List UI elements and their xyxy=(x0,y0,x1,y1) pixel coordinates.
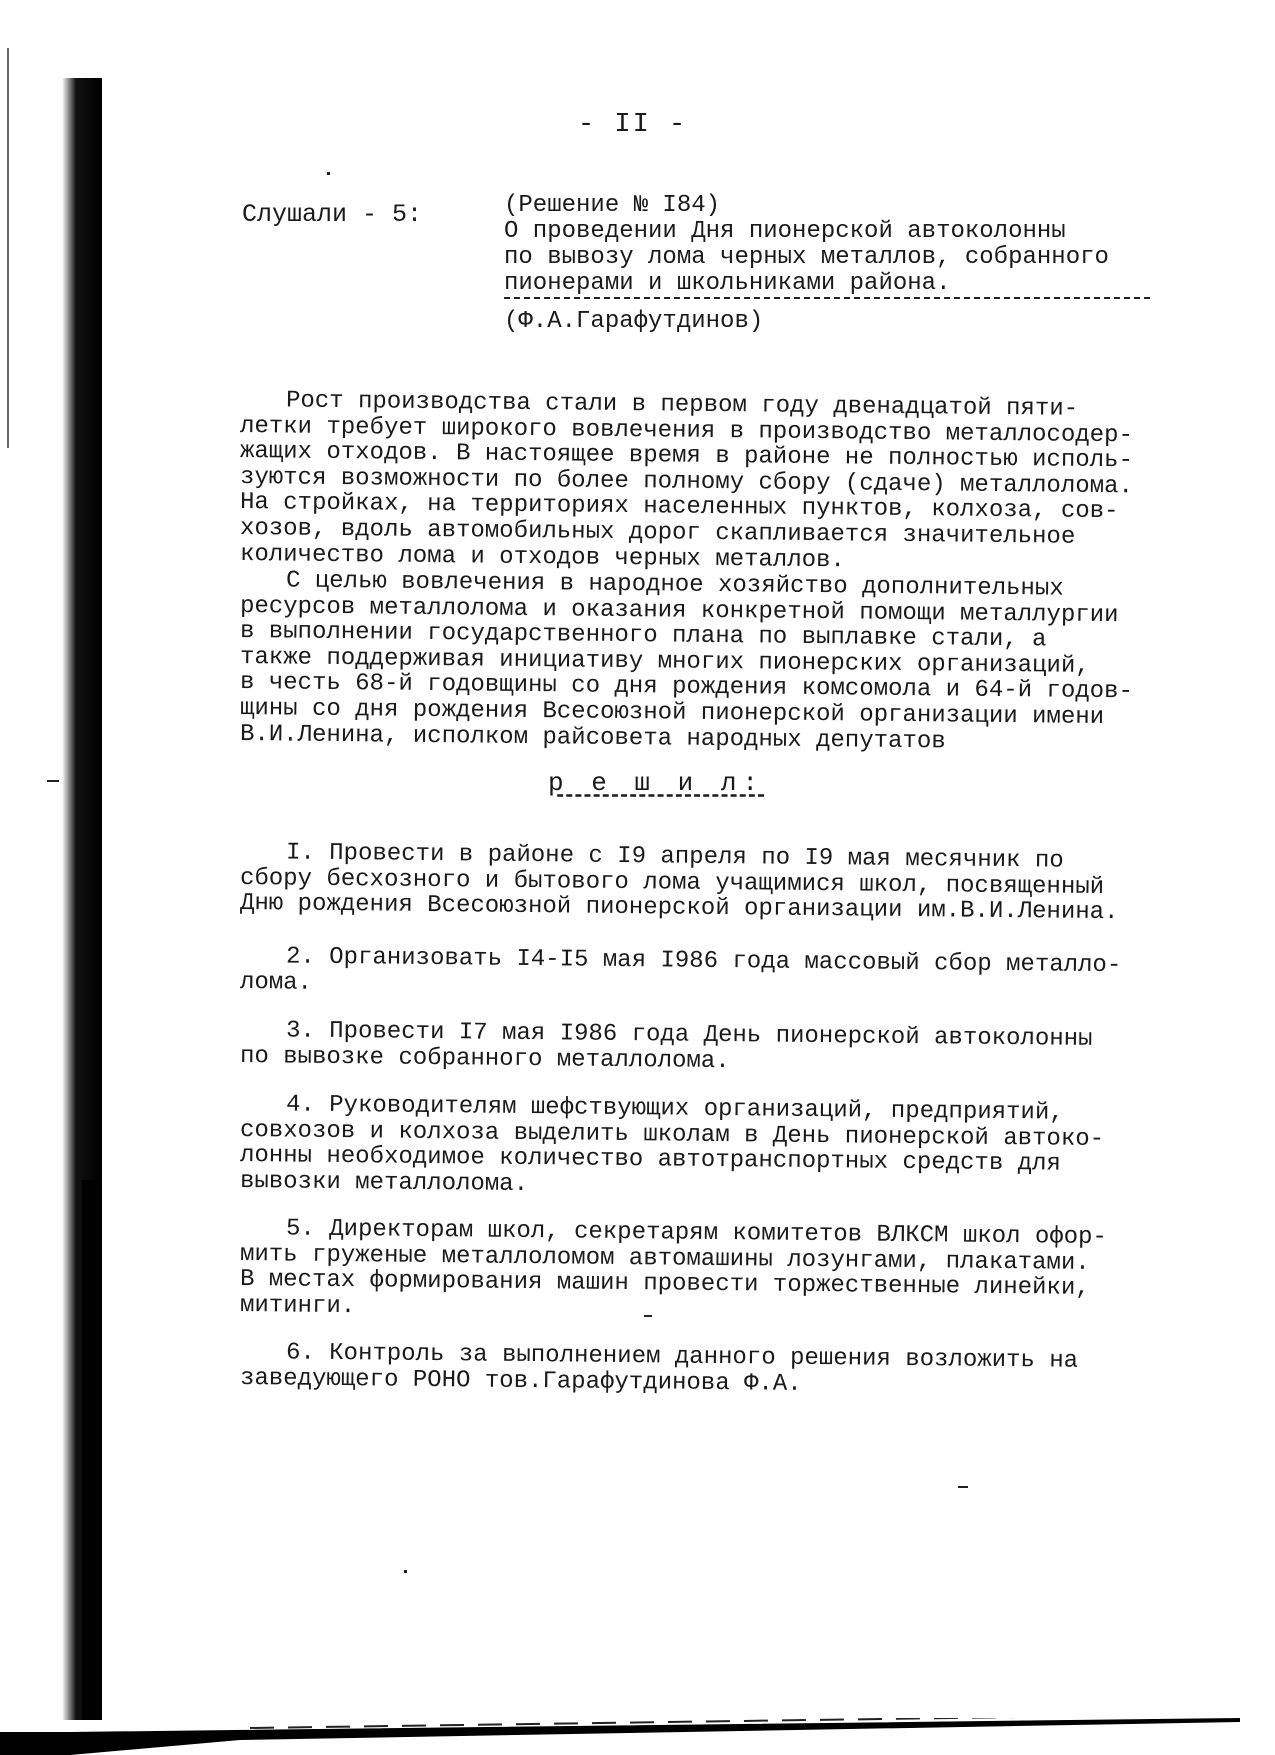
preamble-paragraph-1: Рост производства стали в первом году дв… xyxy=(240,388,1190,567)
resolution-item-2: 2. Организовать I4-I5 мая I986 года масс… xyxy=(240,944,1190,995)
preamble-paragraph-2: С целью вовлечения в народное хозяйство … xyxy=(240,568,1190,747)
resolution-item-4: 4. Руководителям шефствующих организаций… xyxy=(240,1092,1190,1194)
page-number: - II - xyxy=(578,110,687,140)
scan-speck xyxy=(404,1570,407,1573)
resolution-item-5: 5. Директорам школ, секретарям комитетов… xyxy=(240,1216,1190,1318)
resolution-item-1: I. Провести в районе с I9 апреля по I9 м… xyxy=(240,840,1190,917)
scan-binding-shadow-lower xyxy=(82,1180,100,1720)
resolution-item-3: 3. Провести I7 мая I986 года День пионер… xyxy=(240,1018,1190,1069)
agenda-item-label: Слушали - 5: xyxy=(242,200,422,229)
scan-speck xyxy=(327,172,330,175)
decided-heading: р е ш и л: xyxy=(548,768,764,798)
decision-reference: (Решение № I84) xyxy=(504,193,1150,219)
scan-speck xyxy=(47,780,59,782)
agenda-item-header: (Решение № I84) О проведении Дня пионерс… xyxy=(504,193,1150,335)
scan-speck xyxy=(644,1315,652,1317)
scan-bottom-edge xyxy=(0,1718,1275,1755)
speaker-name: (Ф.А.Гарафутдинов) xyxy=(504,309,1150,335)
agenda-title-line: по вывозу лома черных металлов, собранно… xyxy=(504,245,1150,271)
agenda-title-line: О проведении Дня пионерской автоколонны xyxy=(504,219,1150,245)
scan-speck xyxy=(958,1486,968,1488)
resolution-item-6: 6. Контроль за выполнением данного решен… xyxy=(240,1340,1190,1391)
agenda-title-line: пионерами и школьниками района. xyxy=(504,271,1150,299)
scan-edge-artifact xyxy=(7,48,9,448)
